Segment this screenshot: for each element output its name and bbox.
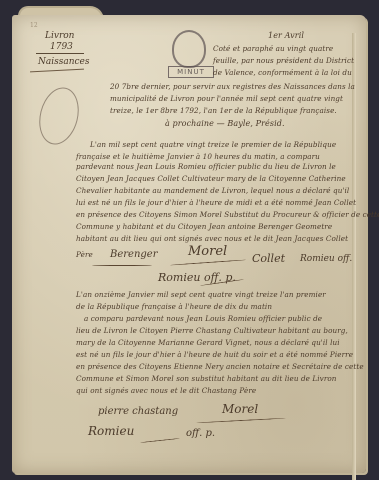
header-line: feuille, par nous président du District — [213, 56, 354, 65]
header-signature: à prochaine — Bayle, Présid. — [165, 119, 285, 128]
act-line: L'an onzième Janvier mil sept cent quatr… — [76, 290, 326, 299]
signature-pierre-chastang: pierre chastang — [98, 406, 178, 417]
act-line: Commune et Simon Morel son substitut hab… — [76, 374, 337, 383]
act-line: en présence des Citoyens Etienne Nery an… — [76, 362, 364, 371]
header-line: 20 7bre dernier, pour servir aux registr… — [110, 82, 355, 91]
header-line: treize, le 1er 8bre 1792, l'an 1er de la… — [110, 106, 337, 115]
header-line: de Valence, conformément à la loi du — [213, 68, 352, 77]
margin-place: Livron — [45, 31, 74, 41]
act-line: Citoyen Jean Jacques Collet Cultivateur … — [76, 174, 346, 183]
margin-record-type: Naissances — [38, 57, 90, 67]
act-line: habitant au dit lieu qui ont signés avec… — [76, 234, 348, 243]
act-line: Chevalier habitante au mandement de Livr… — [76, 186, 349, 195]
act-line: de la République française à l'heure de … — [76, 302, 272, 311]
act-line: a comparu pardevant nous Jean Louis Romi… — [84, 314, 322, 323]
act-line: Père — [76, 250, 93, 259]
signature-off: off. p. — [186, 428, 215, 439]
signature-romieu: Romieu off. — [300, 254, 352, 264]
header-line: municipalité de Livron pour l'année mil … — [110, 94, 343, 103]
act-line: lui est né un fils le jour d'hier à l'he… — [76, 198, 356, 207]
seal-label: MINUT — [168, 66, 214, 78]
act-line: Commune y habitant et du Citoyen Jean an… — [76, 222, 332, 231]
signature-morel: Morel — [188, 244, 227, 259]
act-line: est né un fils le jour d'hier à l'heure … — [76, 350, 353, 359]
act-line: en présence des Citoyens Simon Morel Sub… — [76, 210, 379, 219]
signature-romieu: Romieu — [88, 424, 134, 438]
act-line: L'an mil sept cent quatre vingt treize l… — [90, 140, 336, 149]
act-line: qui ont signés avec nous et le dit Chast… — [76, 386, 256, 395]
margin-divider — [36, 53, 84, 54]
signature-morel: Morel — [222, 402, 258, 416]
seal-stamp-icon — [172, 30, 206, 68]
page-number: 12 — [30, 22, 38, 29]
act-line: pardevant nous Jean Louis Romieu officie… — [76, 162, 336, 171]
signature-flourish — [92, 265, 152, 266]
margin-year: 1793 — [50, 42, 73, 52]
header-date-note: 1er Avril — [268, 31, 304, 40]
act-line: lieu de Livron le Citoyen Pierre Chastan… — [76, 326, 348, 335]
page-edge — [352, 33, 356, 480]
act-line: française et le huitième Janvier à 10 he… — [76, 152, 320, 161]
act-line: mary de la Citoyenne Marianne Gerard Vig… — [76, 338, 340, 347]
header-line: Coté et paraphé au vingt quatre — [213, 44, 333, 53]
signature-collet: Collet — [252, 252, 285, 265]
signature-berenger: Berenger — [110, 249, 158, 260]
